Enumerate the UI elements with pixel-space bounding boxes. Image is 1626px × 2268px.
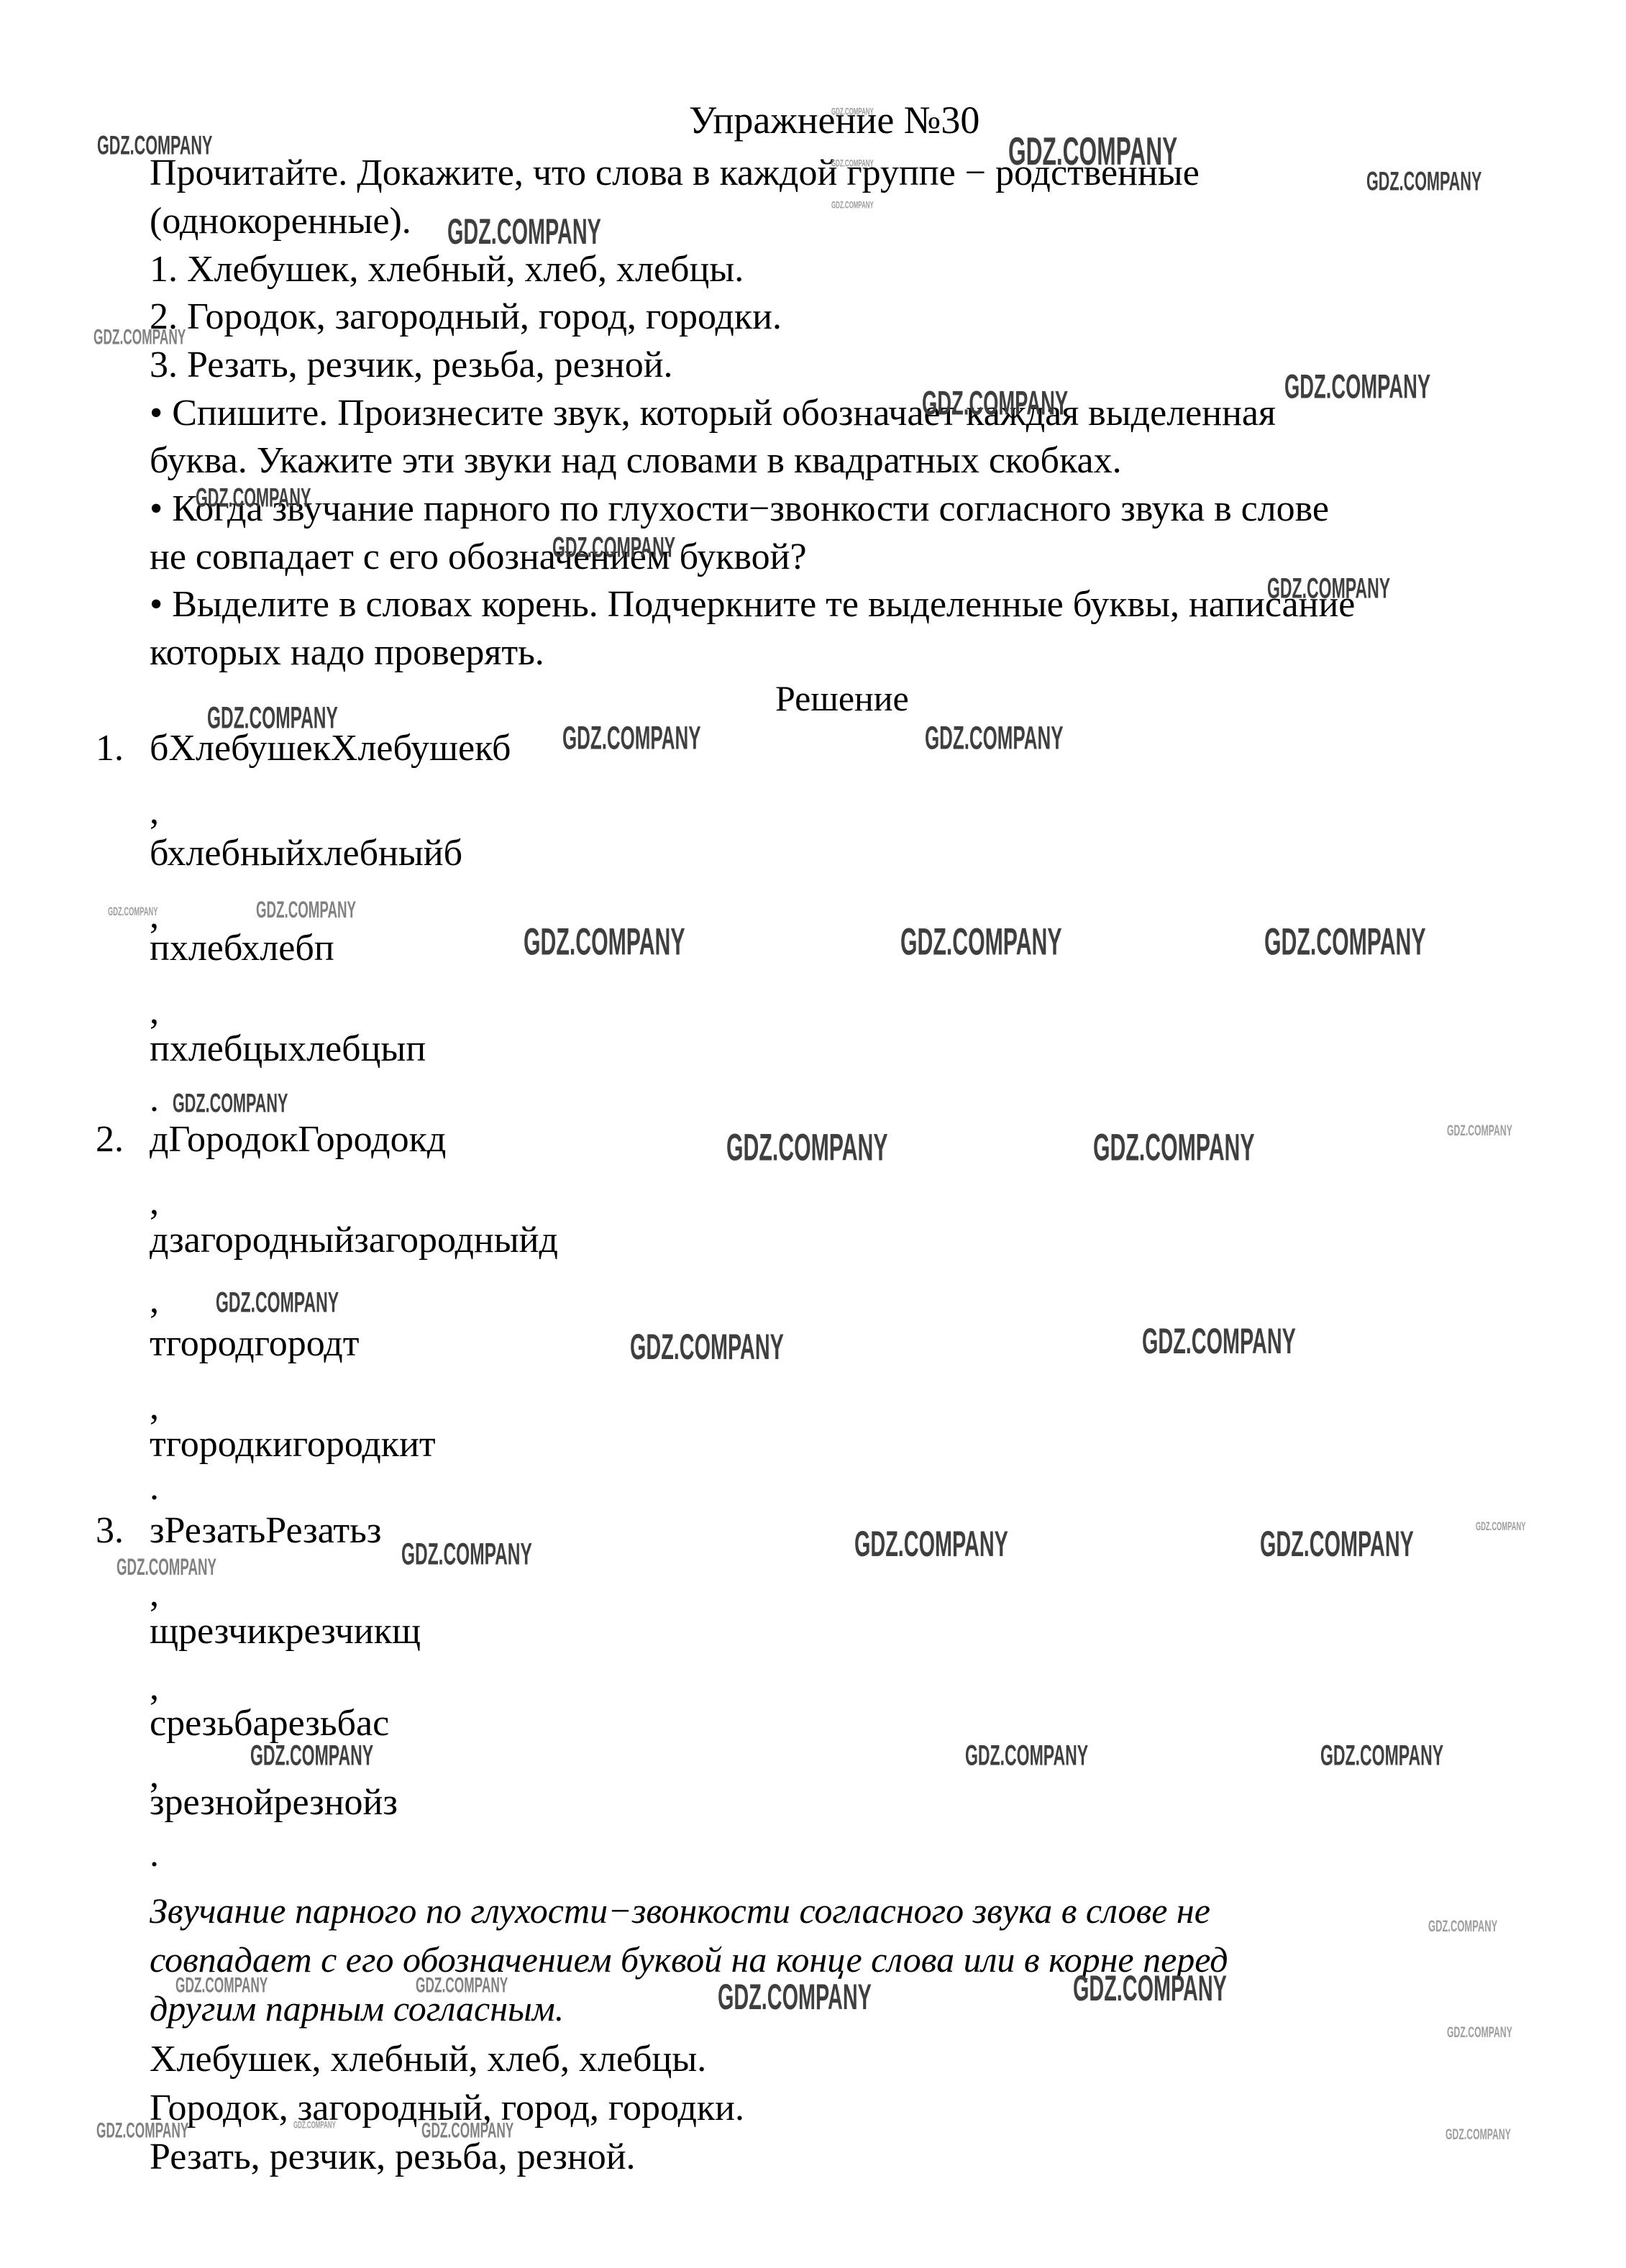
task-line: • Когда звучание парного по глухости−зво… bbox=[150, 488, 1329, 529]
gdz-company-watermark: GDZ.COMPANY bbox=[1093, 1126, 1255, 1169]
list-marker: 1. bbox=[96, 728, 124, 769]
task-line: • Спишите. Произнесите звук, который обо… bbox=[150, 393, 1276, 434]
list-marker: 2. bbox=[96, 1119, 124, 1160]
solution-line: дГородокГородокд bbox=[150, 1119, 446, 1160]
gdz-company-watermark: GDZ.COMPANY bbox=[1447, 2024, 1512, 2041]
gdz-company-watermark: GDZ.COMPANY bbox=[718, 1977, 872, 2018]
gdz-company-watermark: GDZ.COMPANY bbox=[831, 106, 874, 117]
gdz-company-watermark: GDZ.COMPANY bbox=[1260, 1524, 1414, 1565]
gdz-company-watermark: GDZ.COMPANY bbox=[900, 920, 1062, 964]
solution-line: , bbox=[150, 1181, 159, 1222]
gdz-company-watermark: GDZ.COMPANY bbox=[552, 531, 675, 564]
final-line: Хлебушек, хлебный, хлеб, хлебцы. bbox=[150, 2039, 706, 2080]
gdz-company-watermark: GDZ.COMPANY bbox=[250, 1739, 373, 1772]
solution-line: тгородкигородкит bbox=[150, 1424, 436, 1465]
document-page: Упражнение №30 Прочитайте. Докажите, что… bbox=[0, 0, 1626, 2268]
solution-line: , bbox=[150, 1280, 159, 1321]
gdz-company-watermark: GDZ.COMPANY bbox=[1428, 1917, 1497, 1936]
gdz-company-watermark: GDZ.COMPANY bbox=[1447, 1122, 1512, 1140]
gdz-company-watermark: GDZ.COMPANY bbox=[1008, 129, 1177, 175]
gdz-company-watermark: GDZ.COMPANY bbox=[256, 896, 356, 924]
gdz-company-watermark: GDZ.COMPANY bbox=[1284, 368, 1430, 407]
conclusion-line: совпадает с его обозначением буквой на к… bbox=[150, 1940, 1228, 1980]
solution-line: , bbox=[150, 791, 159, 832]
gdz-company-watermark: GDZ.COMPANY bbox=[96, 2118, 188, 2144]
gdz-company-watermark: GDZ.COMPANY bbox=[965, 1739, 1088, 1772]
solution-line: пхлебхлебп bbox=[150, 928, 334, 969]
gdz-company-watermark: GDZ.COMPANY bbox=[173, 1089, 288, 1120]
gdz-company-watermark: GDZ.COMPANY bbox=[293, 2120, 336, 2131]
task-line: не совпадает с его обозначением буквой? bbox=[150, 536, 807, 577]
task-line: (однокоренные). bbox=[150, 201, 411, 242]
gdz-company-watermark: GDZ.COMPANY bbox=[93, 325, 186, 350]
solution-line: срезьбарезьбас bbox=[150, 1703, 389, 1744]
solution-heading: Решение bbox=[775, 679, 909, 718]
task-line: буква. Укажите эти звуки над словами в к… bbox=[150, 440, 1122, 481]
gdz-company-watermark: GDZ.COMPANY bbox=[447, 212, 601, 252]
exercise-title: Упражнение №30 bbox=[689, 99, 979, 142]
gdz-company-watermark: GDZ.COMPANY bbox=[630, 1327, 784, 1368]
gdz-company-watermark: GDZ.COMPANY bbox=[196, 483, 311, 514]
gdz-company-watermark: GDZ.COMPANY bbox=[726, 1126, 888, 1169]
gdz-company-watermark: GDZ.COMPANY bbox=[1445, 2126, 1511, 2144]
task-line: • Выделите в словах корень. Подчеркните … bbox=[150, 584, 1355, 625]
solution-line: зрезнойрезнойз bbox=[150, 1782, 398, 1823]
gdz-company-watermark: GDZ.COMPANY bbox=[175, 1973, 268, 1998]
solution-line: . bbox=[150, 1467, 159, 1508]
gdz-company-watermark: GDZ.COMPANY bbox=[108, 905, 158, 918]
list-marker: 3. bbox=[96, 1510, 124, 1551]
solution-line: , bbox=[150, 1386, 159, 1427]
solution-line: . bbox=[150, 1079, 159, 1120]
gdz-company-watermark: GDZ.COMPANY bbox=[1073, 1969, 1227, 2009]
solution-line: тгородгородт bbox=[150, 1323, 359, 1364]
solution-line: щрезчикрезчикщ bbox=[150, 1611, 421, 1652]
gdz-company-watermark: GDZ.COMPANY bbox=[1267, 572, 1390, 605]
gdz-company-watermark: GDZ.COMPANY bbox=[925, 719, 1063, 757]
gdz-company-watermark: GDZ.COMPANY bbox=[1142, 1322, 1296, 1362]
gdz-company-watermark: GDZ.COMPANY bbox=[421, 2118, 513, 2144]
task-line: которых надо проверять. bbox=[150, 632, 544, 673]
gdz-company-watermark: GDZ.COMPANY bbox=[97, 131, 212, 162]
gdz-company-watermark: GDZ.COMPANY bbox=[401, 1537, 532, 1573]
conclusion-line: Звучание парного по глухости−звонкости с… bbox=[150, 1891, 1210, 1931]
gdz-company-watermark: GDZ.COMPANY bbox=[1476, 1519, 1526, 1533]
gdz-company-watermark: GDZ.COMPANY bbox=[216, 1286, 339, 1319]
final-line: Резать, резчик, резьба, резной. bbox=[150, 2136, 636, 2177]
solution-line: зРезатьРезатьз bbox=[150, 1510, 381, 1551]
task-line: 3. Резать, резчик, резьба, резной. bbox=[150, 344, 673, 385]
gdz-company-watermark: GDZ.COMPANY bbox=[831, 158, 874, 169]
gdz-company-watermark: GDZ.COMPANY bbox=[854, 1524, 1008, 1565]
gdz-company-watermark: GDZ.COMPANY bbox=[831, 200, 874, 211]
gdz-company-watermark: GDZ.COMPANY bbox=[1264, 920, 1426, 964]
task-line: 2. Городок, загородный, город, городки. bbox=[150, 296, 782, 337]
gdz-company-watermark: GDZ.COMPANY bbox=[922, 385, 1068, 424]
gdz-company-watermark: GDZ.COMPANY bbox=[207, 701, 338, 736]
gdz-company-watermark: GDZ.COMPANY bbox=[416, 1973, 508, 1998]
solution-line: пхлебцыхлебцып bbox=[150, 1028, 426, 1069]
solution-line: дзагородныйзагородныйд bbox=[150, 1220, 558, 1261]
solution-line: , bbox=[150, 1667, 159, 1708]
task-line: 1. Хлебушек, хлебный, хлеб, хлебцы. bbox=[150, 249, 744, 290]
gdz-company-watermark: GDZ.COMPANY bbox=[524, 920, 685, 964]
gdz-company-watermark: GDZ.COMPANY bbox=[562, 719, 700, 757]
solution-line: , bbox=[150, 991, 159, 1032]
solution-line: . bbox=[150, 1834, 159, 1875]
solution-line: бхлебныйхлебныйб bbox=[150, 833, 462, 874]
gdz-company-watermark: GDZ.COMPANY bbox=[1320, 1739, 1443, 1772]
gdz-company-watermark: GDZ.COMPANY bbox=[1366, 167, 1481, 198]
gdz-company-watermark: GDZ.COMPANY bbox=[117, 1553, 216, 1581]
